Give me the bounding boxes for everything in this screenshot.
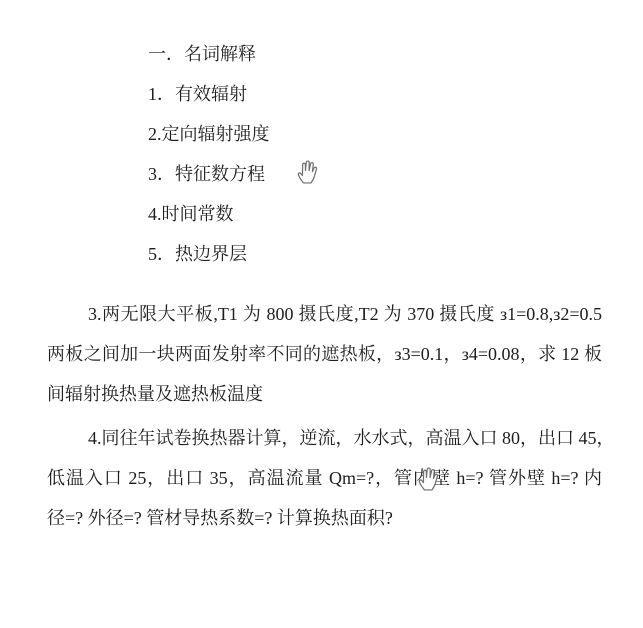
- document-body: 一．名词解释 1．有效辐射 2.定向辐射强度 3．特征数方程 4.时间常数 5．…: [0, 0, 643, 538]
- text-line: 低温入口 25，出口 35，高温流量 Qm=?，管内壁 h=? 管外壁 h=? …: [47, 458, 602, 498]
- list-item-term-3: 3．特征数方程: [148, 154, 602, 194]
- text-line: 径=? 外径=? 管材导热系数=? 计算换热面积?: [47, 498, 602, 538]
- text-line: 4.同往年试卷换热器计算，逆流，水水式，高温入口 80，出口 45，: [47, 418, 602, 458]
- list-item-term-5: 5．热边界层: [148, 234, 602, 274]
- text-line: 两板之间加一块两面发射率不同的遮热板，з3=0.1，з4=0.08，求 12 板: [47, 334, 602, 374]
- text-line: 3.两无限大平板,T1 为 800 摄氏度,T2 为 370 摄氏度 з1=0.…: [47, 294, 602, 334]
- list-item-term-4: 4.时间常数: [148, 194, 602, 234]
- section-heading: 一．名词解释: [148, 34, 602, 74]
- text-line: 间辐射换热量及遮热板温度: [47, 374, 602, 414]
- list-item-term-1: 1．有效辐射: [148, 74, 602, 114]
- document-page[interactable]: 一．名词解释 1．有效辐射 2.定向辐射强度 3．特征数方程 4.时间常数 5．…: [0, 0, 643, 628]
- list-item-term-2: 2.定向辐射强度: [148, 114, 602, 154]
- problem-paragraph-4: 4.同往年试卷换热器计算，逆流，水水式，高温入口 80，出口 45， 低温入口 …: [47, 418, 602, 538]
- term-definition-list: 一．名词解释 1．有效辐射 2.定向辐射强度 3．特征数方程 4.时间常数 5．…: [148, 34, 602, 274]
- problem-paragraph-3: 3.两无限大平板,T1 为 800 摄氏度,T2 为 370 摄氏度 з1=0.…: [47, 294, 602, 414]
